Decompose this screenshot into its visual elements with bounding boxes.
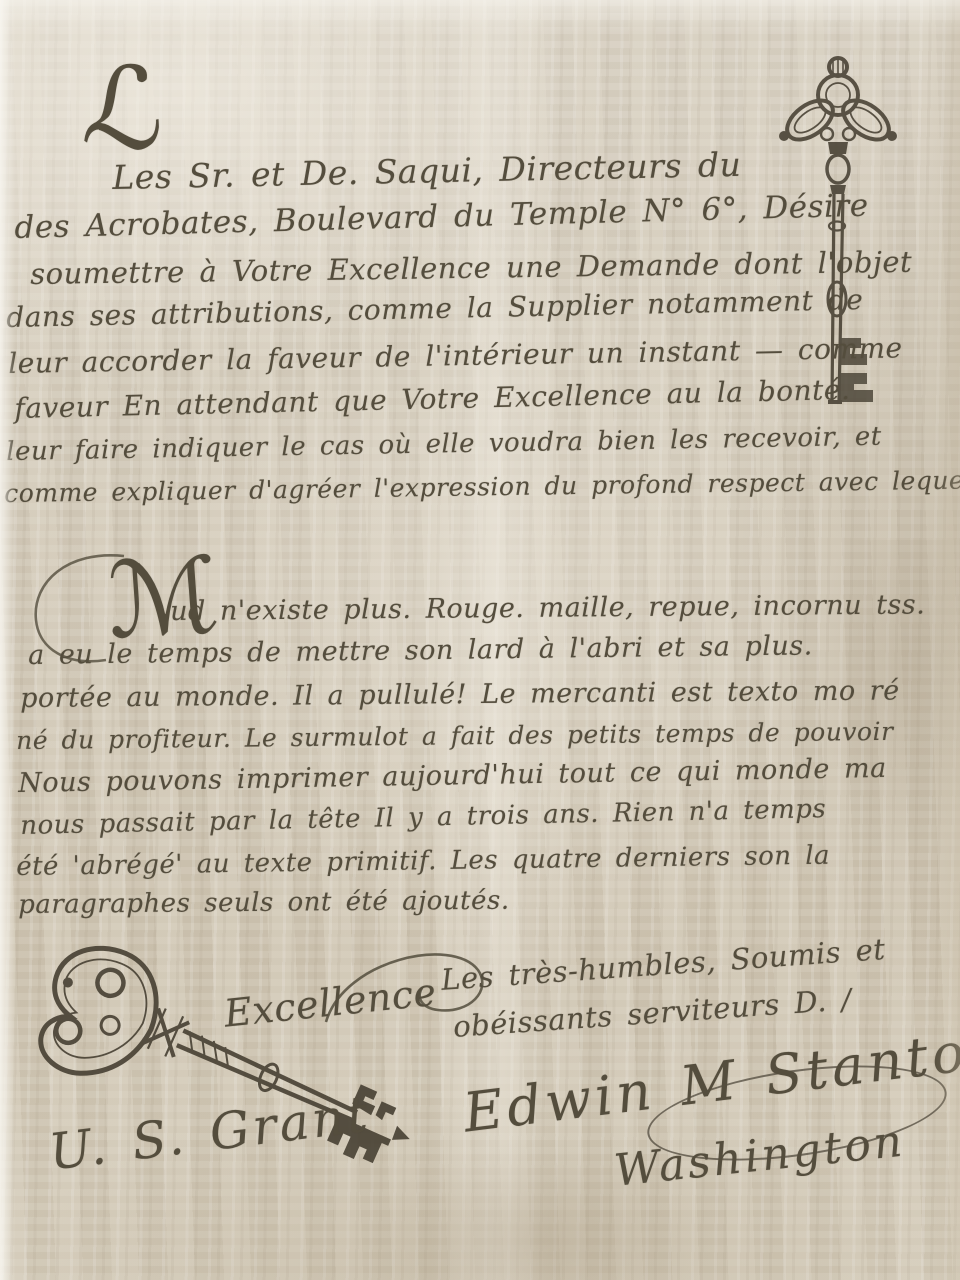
letter-line: nous passait par la tête Il y a trois an… (20, 794, 826, 841)
letter-line: comme expliquer d'agréer l'expression du… (4, 465, 960, 508)
artwork-canvas: { "artwork": { "title": "Vintage French … (0, 0, 960, 1280)
letter-line: né du profiteur. Le surmulot a fait des … (16, 717, 894, 755)
letter-line: paragraphes seuls ont été ajoutés. (18, 886, 510, 920)
letter-line: faveur En attendant que Votre Excellence… (14, 373, 851, 425)
letter-line: leur faire indiquer le cas où elle voudr… (6, 422, 882, 467)
letter-line: portée au monde. Il a pullulé! Le mercan… (20, 675, 900, 714)
letter-line: été 'abrégé' au texte primitif. Les quat… (16, 841, 830, 882)
skeleton-key-top-icon (768, 50, 908, 425)
flourish-initial-l: ℒ (78, 48, 172, 169)
letter-line: Les Sr. et De. Saqui, Directeurs du (112, 145, 742, 197)
letter-line: ud n'existe plus. Rouge. maille, repue, … (170, 589, 925, 627)
letter-line: dans ses attributions, comme la Supplier… (6, 283, 864, 334)
letter-line: Nous pouvons imprimer aujourd'hui tout c… (18, 753, 887, 799)
